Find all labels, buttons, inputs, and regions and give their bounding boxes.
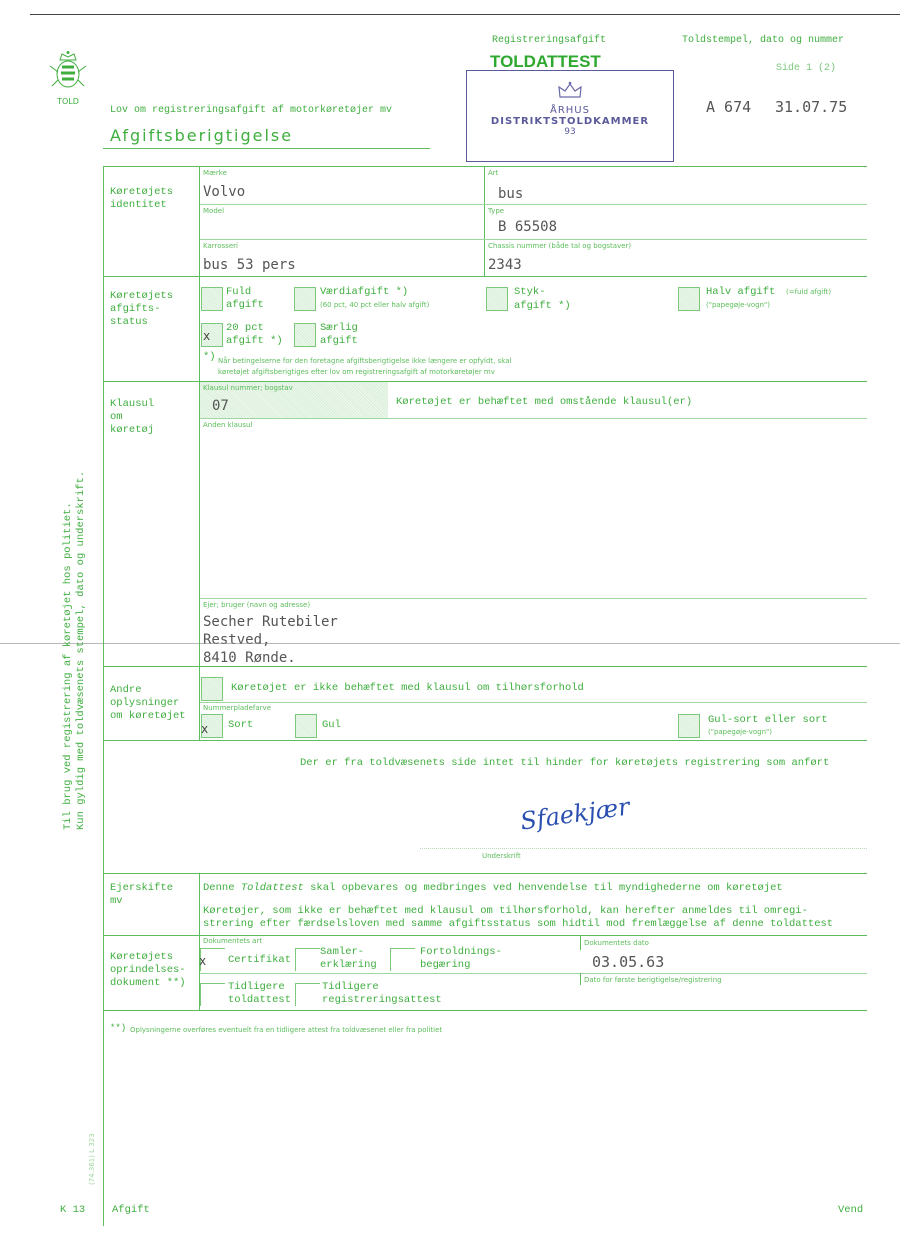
row-line: [580, 973, 867, 974]
section-clause-1: Klausul: [110, 398, 154, 411]
section-clause-2: om: [110, 411, 123, 424]
plate-gul-label: Gul: [322, 719, 341, 732]
marke-label: Mærke: [203, 169, 227, 177]
other-clause-field[interactable]: [203, 432, 863, 592]
option-styk-line1: Styk-: [514, 286, 546, 299]
section-other-2: oplysninger: [110, 697, 179, 710]
clause-number-label: Klausul nummer; bogstav: [203, 384, 293, 392]
owner-change-text-3: strering efter færdselsloven med samme a…: [203, 918, 833, 931]
chassis-field[interactable]: 2343: [488, 257, 522, 273]
section-other-3: om køretøjet: [110, 710, 186, 723]
section-origin-1: Køretøjets: [110, 951, 173, 964]
row-line: [200, 973, 580, 974]
section-identity: Køretøjets identitet: [110, 186, 195, 212]
checkbox-fortoldningsbegaering[interactable]: [390, 948, 415, 971]
paper-fold-line: [0, 643, 900, 644]
option-fuld-line2: afgift: [226, 299, 264, 312]
owner-label: Ejer; bruger (navn og adresse): [203, 601, 310, 609]
stamp-number: 93: [467, 127, 673, 137]
signature-line: [420, 848, 867, 849]
status-footnote-line1: Når betingelserne for den foretagne afgi…: [218, 357, 511, 365]
margin-note-line1: Til brug ved registrering af køretøjet h…: [62, 471, 75, 830]
footnote2-text: Oplysningerne overføres eventuelt fra en…: [130, 1026, 442, 1034]
stamp-office: DISTRIKTSTOLDKAMMER: [467, 116, 673, 127]
section-status: Køretøjets afgifts-status: [110, 290, 195, 329]
clause-number-value: 07: [212, 398, 229, 414]
frame-top: [103, 166, 867, 167]
date-divider: [580, 973, 581, 985]
option-halv-line2: ("papegøje-vogn"): [706, 301, 770, 309]
option-20pct-line2: afgift *): [226, 335, 283, 348]
footnote2-mark: **): [110, 1022, 126, 1035]
option-vaerdi-line1: Værdiafgift *): [320, 286, 408, 299]
row-line: [200, 239, 867, 240]
plate-sort-label: Sort: [228, 719, 253, 732]
tidl-told-line1: Tidligere: [228, 981, 285, 994]
karrosseri-label: Karrosseri: [203, 242, 238, 250]
option-20pct-line1: 20 pct: [226, 322, 264, 335]
date-divider: [580, 936, 581, 950]
stamp-date: 31.07.75: [775, 98, 847, 116]
crest-icon: [48, 50, 88, 94]
stamp-reference-number: A 674: [706, 98, 751, 116]
section-line: [103, 1010, 867, 1011]
paper-edge: [30, 14, 900, 15]
checkbox-plate-gul[interactable]: [295, 714, 317, 738]
type-field[interactable]: B 65508: [498, 219, 557, 235]
page-indicator: Side 1 (2): [776, 62, 836, 75]
owner-change-text-2: Køretøjer, som ikke er behæftet med klau…: [203, 905, 808, 918]
model-label: Model: [203, 207, 224, 215]
signature-label: Underskrift: [482, 852, 521, 860]
status-footnote-line2: køretøjet afgiftsberigtiges efter lov om…: [218, 368, 495, 376]
plate-gulsort-note: ("papegøje-vogn"): [708, 728, 772, 736]
print-code: (74.361) L 323: [88, 1133, 96, 1185]
margin-note-line2: Kun gyldig med toldvæsenets stempel, dat…: [75, 471, 88, 830]
owner-change-text-1: Denne Toldattest skal opbevares og medbr…: [203, 882, 783, 895]
row-line: [200, 598, 867, 599]
row-line: [200, 204, 867, 205]
checkbox-plate-gulsort[interactable]: [678, 714, 700, 738]
checkbox-halv-afgift[interactable]: [678, 287, 700, 311]
samler-line1: Samler-: [320, 946, 364, 959]
title-underline: [103, 148, 430, 149]
crown-icon: [557, 81, 583, 101]
doc-type-title: TOLDATTEST: [490, 52, 601, 72]
law-reference: Lov om registreringsafgift af motorkøret…: [110, 104, 392, 117]
plate-color-label: Nummerpladefarve: [203, 704, 271, 712]
form-title: Afgiftsberigtigelse: [110, 126, 293, 145]
section-line: [103, 873, 867, 874]
frame-left: [103, 166, 104, 1226]
logo-text: TOLD: [48, 97, 88, 106]
owner-name[interactable]: Secher Rutebiler: [203, 614, 338, 630]
option-styk-line2: afgift *): [514, 300, 571, 313]
clause-statement: Køretøjet er behæftet med omstående klau…: [396, 396, 692, 409]
stamp-city: ÅRHUS: [467, 105, 673, 116]
text-emphasis: Toldattest: [241, 882, 304, 894]
identity-col-divider: [484, 166, 485, 276]
checkbox-samlererklaering[interactable]: [295, 948, 320, 971]
checkbox-tidligere-toldattest[interactable]: [200, 983, 225, 1006]
karrosseri-field[interactable]: bus 53 pers: [203, 257, 296, 273]
first-date-label: Dato for første berigtigelse/registrerin…: [584, 976, 722, 984]
section-line: [103, 276, 867, 277]
option-fuld-line1: Fuld: [226, 286, 251, 299]
section-owner-change-2: mv: [110, 895, 123, 908]
doc-date-field[interactable]: 03.05.63: [592, 953, 664, 971]
form-code: K 13: [60, 1204, 85, 1217]
no-clause-label: Køretøjet er ikke behæftet med klausul o…: [231, 682, 584, 695]
art-label: Art: [488, 169, 498, 177]
section-line: [103, 666, 867, 667]
checkbox-tidligere-registreringsattest[interactable]: [295, 983, 320, 1006]
footnote-mark: *): [203, 351, 216, 364]
section-divider: [199, 166, 200, 741]
section-origin-2: oprindelses-: [110, 964, 186, 977]
approval-statement: Der er fra toldvæsenets side intet til h…: [300, 757, 829, 770]
doc-date-label: Dokumentets dato: [584, 939, 649, 947]
customs-crest-logo: TOLD: [48, 50, 88, 102]
fortold-line1: Fortoldnings-: [420, 946, 502, 959]
owner-address-2[interactable]: 8410 Rønde.: [203, 650, 296, 666]
checkbox-fuld-afgift[interactable]: [201, 287, 223, 311]
customs-stamp: ÅRHUS DISTRIKTSTOLDKAMMER 93: [466, 70, 674, 162]
footer-category: Afgift: [112, 1204, 150, 1217]
certifikat-label: Certifikat: [228, 954, 291, 967]
text-part: Denne: [203, 882, 241, 894]
checkbox-vaerdiafgift[interactable]: [294, 287, 316, 311]
text-part: skal opbevares og medbringes ved henvend…: [304, 882, 783, 894]
turn-page-indicator: Vend: [838, 1204, 863, 1217]
art-field[interactable]: bus: [498, 186, 523, 202]
section-line: [103, 740, 867, 741]
checkbox-stykafgift[interactable]: [486, 287, 508, 311]
option-vaerdi-line2: (60 pct, 40 pct eller halv afgift): [320, 301, 429, 309]
checkmark-plate-sort: x: [201, 722, 208, 736]
signature: Sfaekjær: [519, 792, 632, 835]
plate-gulsort-label: Gul-sort eller sort: [708, 714, 828, 727]
type-label: Type: [488, 207, 504, 215]
row-line: [200, 418, 867, 419]
section-line: [103, 935, 867, 936]
margin-note: Til brug ved registrering af køretøjet h…: [62, 471, 88, 830]
fortold-line2: begæring: [420, 959, 470, 972]
chassis-label: Chassis nummer (både tal og bogstaver): [488, 242, 631, 250]
section-other-1: Andre: [110, 684, 142, 697]
marke-field[interactable]: Volvo: [203, 184, 245, 200]
tidl-reg-line1: Tidligere: [322, 981, 379, 994]
option-saerlig-line1: Særlig: [320, 322, 358, 335]
option-halv-line1: Halv afgift: [706, 286, 775, 299]
samler-line2: erklæring: [320, 959, 377, 972]
other-clause-label: Anden klausul: [203, 421, 252, 429]
section-clause-3: køretøj: [110, 424, 154, 437]
owner-address-1[interactable]: Restved,: [203, 632, 270, 648]
checkmark-certifikat: x: [199, 954, 206, 968]
section-origin-3: dokument **): [110, 977, 186, 990]
checkbox-no-clause[interactable]: [201, 677, 223, 701]
category-label: Registreringsafgift: [492, 34, 606, 47]
section-owner-change-1: Ejerskifte: [110, 882, 173, 895]
option-halv-note: (=fuld afgift): [786, 288, 831, 296]
tidl-told-line2: toldattest: [228, 994, 291, 1007]
checkmark-20-pct: x: [203, 329, 210, 343]
tidl-reg-line2: registreringsattest: [322, 994, 442, 1007]
checkbox-saerlig-afgift[interactable]: [294, 323, 316, 347]
option-saerlig-line2: afgift: [320, 335, 358, 348]
row-line: [200, 702, 867, 703]
doc-type-label: Dokumentets art: [203, 937, 262, 945]
stamp-caption: Toldstempel, dato og nummer: [682, 34, 844, 47]
